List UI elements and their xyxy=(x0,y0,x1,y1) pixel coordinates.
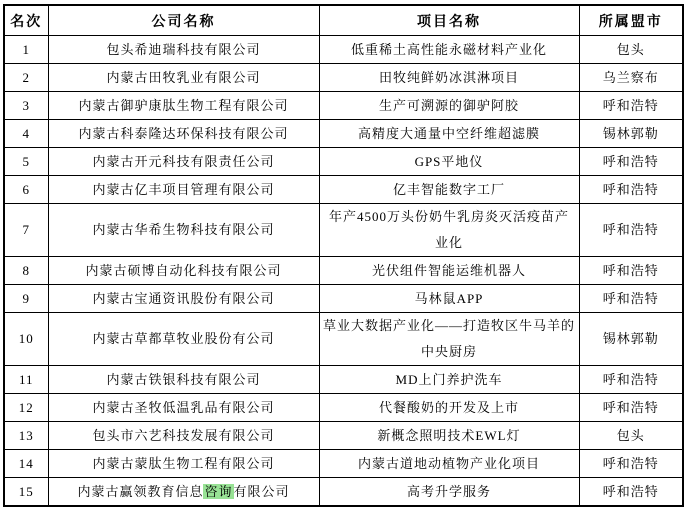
rank-cell: 14 xyxy=(4,450,48,478)
rank-cell: 15 xyxy=(4,478,48,507)
company-text: 有限公司 xyxy=(234,484,290,499)
city-cell: 锡林郭勒 xyxy=(579,313,683,366)
table-row: 12内蒙古圣牧低温乳品有限公司代餐酸奶的开发及上市呼和浩特 xyxy=(4,394,683,422)
company-cell: 内蒙古田牧乳业有限公司 xyxy=(48,64,319,92)
city-cell: 呼和浩特 xyxy=(579,478,683,507)
city-cell: 呼和浩特 xyxy=(579,257,683,285)
rank-cell: 2 xyxy=(4,64,48,92)
company-cell: 内蒙古宝通资讯股份有限公司 xyxy=(48,285,319,313)
city-cell: 呼和浩特 xyxy=(579,176,683,204)
city-cell: 呼和浩特 xyxy=(579,148,683,176)
project-cell: 草业大数据产业化——打造牧区牛马羊的中央厨房 xyxy=(319,313,579,366)
rank-cell: 6 xyxy=(4,176,48,204)
ranking-table-page: 名次 公司名称 项目名称 所属盟市 1包头希迪瑞科技有限公司低重稀土高性能永磁材… xyxy=(0,0,685,511)
project-cell: 高精度大通量中空纤维超滤膜 xyxy=(319,120,579,148)
project-cell: 高考升学服务 xyxy=(319,478,579,507)
city-cell: 呼和浩特 xyxy=(579,92,683,120)
table-row: 11内蒙古铁银科技有限公司MD上门养护洗车呼和浩特 xyxy=(4,366,683,394)
company-cell: 内蒙古蒙肽生物工程有限公司 xyxy=(48,450,319,478)
table-row: 1包头希迪瑞科技有限公司低重稀土高性能永磁材料产业化包头 xyxy=(4,36,683,64)
company-cell: 包头市六艺科技发展有限公司 xyxy=(48,422,319,450)
city-cell: 包头 xyxy=(579,36,683,64)
table-row: 2内蒙古田牧乳业有限公司田牧纯鲜奶冰淇淋项目乌兰察布 xyxy=(4,64,683,92)
rank-cell: 10 xyxy=(4,313,48,366)
city-cell: 包头 xyxy=(579,422,683,450)
city-cell: 呼和浩特 xyxy=(579,366,683,394)
city-cell: 呼和浩特 xyxy=(579,285,683,313)
header-project: 项目名称 xyxy=(319,5,579,36)
table-row: 14内蒙古蒙肽生物工程有限公司内蒙古道地动植物产业化项目呼和浩特 xyxy=(4,450,683,478)
project-cell: 亿丰智能数字工厂 xyxy=(319,176,579,204)
rank-cell: 4 xyxy=(4,120,48,148)
company-cell: 包头希迪瑞科技有限公司 xyxy=(48,36,319,64)
city-cell: 锡林郭勒 xyxy=(579,120,683,148)
project-cell: 代餐酸奶的开发及上市 xyxy=(319,394,579,422)
table-row: 6内蒙古亿丰项目管理有限公司亿丰智能数字工厂呼和浩特 xyxy=(4,176,683,204)
project-cell: 年产4500万头份奶牛乳房炎灭活疫苗产业化 xyxy=(319,204,579,257)
search-highlight: 咨询 xyxy=(203,484,233,499)
project-cell: 低重稀土高性能永磁材料产业化 xyxy=(319,36,579,64)
company-cell: 内蒙古开元科技有限责任公司 xyxy=(48,148,319,176)
company-cell: 内蒙古圣牧低温乳品有限公司 xyxy=(48,394,319,422)
company-cell: 内蒙古亿丰项目管理有限公司 xyxy=(48,176,319,204)
company-cell: 内蒙古铁银科技有限公司 xyxy=(48,366,319,394)
rank-cell: 3 xyxy=(4,92,48,120)
rank-cell: 1 xyxy=(4,36,48,64)
table-row: 7内蒙古华希生物科技有限公司年产4500万头份奶牛乳房炎灭活疫苗产业化呼和浩特 xyxy=(4,204,683,257)
header-row: 名次 公司名称 项目名称 所属盟市 xyxy=(4,5,683,36)
company-cell: 内蒙古赢领教育信息咨询有限公司 xyxy=(48,478,319,507)
company-cell: 内蒙古硕博自动化科技有限公司 xyxy=(48,257,319,285)
project-cell: 田牧纯鲜奶冰淇淋项目 xyxy=(319,64,579,92)
project-cell: 马林鼠APP xyxy=(319,285,579,313)
rank-cell: 9 xyxy=(4,285,48,313)
table-body: 1包头希迪瑞科技有限公司低重稀土高性能永磁材料产业化包头2内蒙古田牧乳业有限公司… xyxy=(4,36,683,507)
city-cell: 呼和浩特 xyxy=(579,204,683,257)
rank-cell: 8 xyxy=(4,257,48,285)
project-cell: 光伏组件智能运维机器人 xyxy=(319,257,579,285)
rank-cell: 7 xyxy=(4,204,48,257)
rank-cell: 12 xyxy=(4,394,48,422)
rank-cell: 5 xyxy=(4,148,48,176)
table-row: 15内蒙古赢领教育信息咨询有限公司高考升学服务呼和浩特 xyxy=(4,478,683,507)
company-cell: 内蒙古华希生物科技有限公司 xyxy=(48,204,319,257)
table-row: 4内蒙古科泰隆达环保科技有限公司高精度大通量中空纤维超滤膜锡林郭勒 xyxy=(4,120,683,148)
company-cell: 内蒙古御驴康肽生物工程有限公司 xyxy=(48,92,319,120)
company-cell: 内蒙古科泰隆达环保科技有限公司 xyxy=(48,120,319,148)
table-row: 13包头市六艺科技发展有限公司新概念照明技术EWL灯包头 xyxy=(4,422,683,450)
project-cell: 新概念照明技术EWL灯 xyxy=(319,422,579,450)
header-company: 公司名称 xyxy=(48,5,319,36)
table-row: 8内蒙古硕博自动化科技有限公司光伏组件智能运维机器人呼和浩特 xyxy=(4,257,683,285)
project-cell: 内蒙古道地动植物产业化项目 xyxy=(319,450,579,478)
table-row: 3内蒙古御驴康肽生物工程有限公司生产可溯源的御驴阿胶呼和浩特 xyxy=(4,92,683,120)
table-row: 10内蒙古草都草牧业股份有公司草业大数据产业化——打造牧区牛马羊的中央厨房锡林郭… xyxy=(4,313,683,366)
header-city: 所属盟市 xyxy=(579,5,683,36)
city-cell: 呼和浩特 xyxy=(579,450,683,478)
project-cell: 生产可溯源的御驴阿胶 xyxy=(319,92,579,120)
company-ranking-table: 名次 公司名称 项目名称 所属盟市 1包头希迪瑞科技有限公司低重稀土高性能永磁材… xyxy=(3,4,684,507)
city-cell: 乌兰察布 xyxy=(579,64,683,92)
rank-cell: 13 xyxy=(4,422,48,450)
project-cell: MD上门养护洗车 xyxy=(319,366,579,394)
table-row: 9内蒙古宝通资讯股份有限公司马林鼠APP呼和浩特 xyxy=(4,285,683,313)
project-cell: GPS平地仪 xyxy=(319,148,579,176)
table-row: 5内蒙古开元科技有限责任公司GPS平地仪呼和浩特 xyxy=(4,148,683,176)
header-rank: 名次 xyxy=(4,5,48,36)
rank-cell: 11 xyxy=(4,366,48,394)
city-cell: 呼和浩特 xyxy=(579,394,683,422)
company-cell: 内蒙古草都草牧业股份有公司 xyxy=(48,313,319,366)
company-text: 内蒙古赢领教育信息 xyxy=(77,484,203,499)
